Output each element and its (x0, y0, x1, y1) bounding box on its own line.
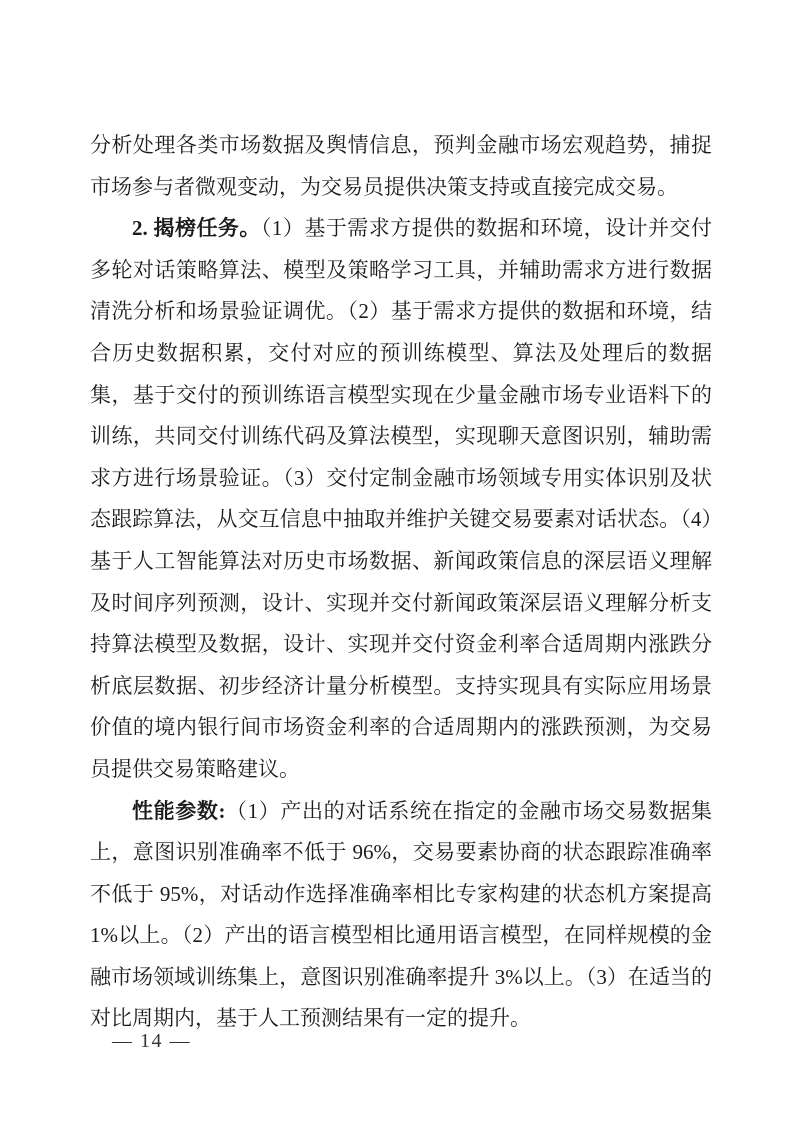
page-number: — 14 — (112, 1030, 191, 1053)
paragraph-task: 2. 揭榜任务。（1）基于需求方提供的数据和环境，设计并交付多轮对话策略算法、模… (90, 208, 712, 790)
paragraph-text: 分析处理各类市场数据及舆情信息，预判金融市场宏观趋势，捕捉市场参与者微观变动，为… (90, 133, 712, 199)
paragraph-performance: 性能参数:（1）产出的对话系统在指定的金融市场交易数据集上，意图识别准确率不低于… (90, 791, 712, 1041)
paragraph-text: （1）产出的对话系统在指定的金融市场交易数据集上，意图识别准确率不低于 96%，… (90, 799, 712, 1031)
paragraph-continuation: 分析处理各类市场数据及舆情信息，预判金融市场宏观趋势，捕捉市场参与者微观变动，为… (90, 125, 712, 208)
paragraph-text: （1）基于需求方提供的数据和环境，设计并交付多轮对话策略算法、模型及策略学习工具… (90, 216, 712, 781)
paragraph-lead-bold: 2. 揭榜任务。 (132, 216, 261, 240)
paragraph-lead-bold: 性能参数: (132, 799, 225, 823)
document-body: 分析处理各类市场数据及舆情信息，预判金融市场宏观趋势，捕捉市场参与者微观变动，为… (90, 125, 712, 1040)
document-page: 分析处理各类市场数据及舆情信息，预判金融市场宏观趋势，捕捉市场参与者微观变动，为… (0, 0, 794, 1123)
